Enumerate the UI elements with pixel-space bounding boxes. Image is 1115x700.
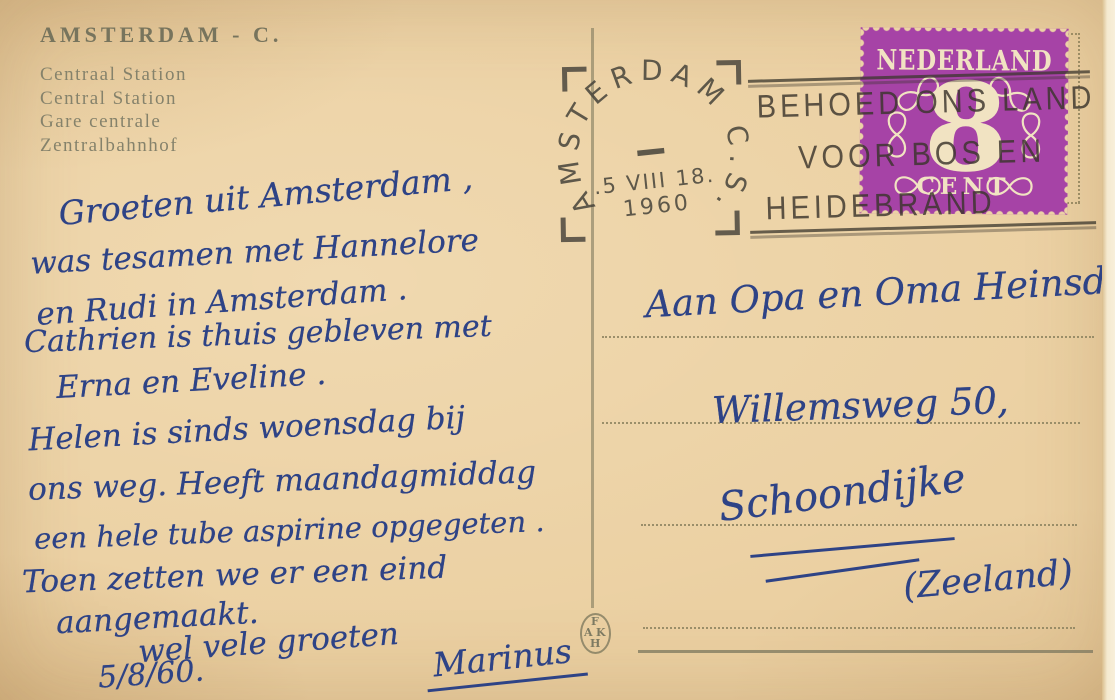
message-line: Toen zetten we er een eind	[22, 550, 448, 601]
address-dotted-line	[643, 627, 1075, 629]
header-subtitle: Zentralbahnhof	[40, 134, 282, 158]
message-line: Groeten uit Amsterdam ,	[57, 158, 474, 233]
slogan-cancel: BEHOED ONS LAND VOOR BOS EN HEIDEBRAND	[746, 55, 1099, 247]
address-town: Schoondijke	[716, 455, 968, 531]
address-dotted-line	[602, 336, 1094, 338]
message-line: ons weg. Heeft maandagmiddag	[28, 454, 537, 508]
message-date: 5/8/60.	[97, 653, 205, 695]
message-line: een hele tube aspirine opgegeten .	[34, 504, 545, 556]
postmark-datestamp: AMSTERDAM C.S. .5 VIII 18. 1960	[550, 50, 759, 259]
monogram-letter: H	[590, 637, 600, 650]
slogan-line: VOOR BOS EN	[798, 134, 1046, 178]
header-subtitle: Centraal Station	[40, 63, 282, 87]
message-line: Erna en Eveline .	[55, 356, 327, 406]
town-underline	[766, 558, 920, 583]
header-subtitle: Gare centrale	[40, 110, 282, 134]
address-bottom-line	[638, 650, 1093, 653]
header-subtitle: Central Station	[40, 87, 282, 111]
address-street: Willemsweg 50,	[711, 379, 1009, 432]
message-line: was tesamen met Hannelore	[29, 222, 479, 281]
card-edge	[1102, 0, 1115, 700]
header-subtitles: Centraal Station Central Station Gare ce…	[40, 63, 282, 157]
signature: Marinus	[423, 630, 588, 693]
town-underline	[750, 537, 954, 558]
message-line: Helen is sinds woensdag bij	[27, 400, 466, 459]
scanned-postcard: AMSTERDAM - C. Centraal Station Central …	[0, 0, 1115, 700]
slogan-line: BEHOED ONS LAND	[756, 80, 1096, 126]
address-dotted-line	[641, 524, 1077, 526]
header-title: AMSTERDAM - C.	[40, 22, 282, 48]
postcard-back: AMSTERDAM - C. Centraal Station Central …	[0, 0, 1115, 700]
slogan-line: HEIDEBRAND	[765, 185, 996, 228]
address-province: (Zeeland)	[902, 553, 1075, 608]
postmark-dash	[637, 148, 664, 156]
card-header: AMSTERDAM - C. Centraal Station Central …	[40, 22, 282, 157]
address-recipient: Aan Opa en Oma Heinsdijk	[644, 257, 1115, 326]
